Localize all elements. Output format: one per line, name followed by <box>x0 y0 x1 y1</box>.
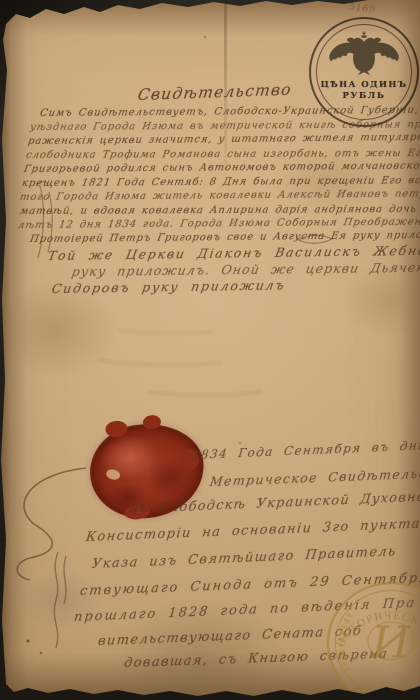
wax-seal-bump <box>105 420 129 438</box>
aged-paper-sheet: 5169 ЦѢНА ОДИНЪ РУБЛЬ Свидѣтельство Симъ… <box>0 0 420 700</box>
archive-page-number: 5169 <box>348 2 376 15</box>
body-line: матвѣй, и вдовая ковалевка Аплирина дарі… <box>19 203 420 217</box>
resolution-line: 1834 Года Сентября въ днѣ Сіе <box>191 437 420 463</box>
body-line: лѣтъ 12 дня 1834 года. Города Изюма Собо… <box>17 216 420 231</box>
body-line: уѣзднаго Города Изюма въ метрической кни… <box>29 119 420 133</box>
stamp-price-line1: ЦѢНА ОДИНЪ <box>309 80 419 90</box>
signature-line: Сидоровъ руку приложилъ <box>51 277 287 296</box>
document-title: Свидѣтельство <box>137 81 293 104</box>
double-headed-eagle-icon <box>323 30 405 80</box>
document-photo: 5169 ЦѢНА ОДИНЪ РУБЛЬ Свидѣтельство Симъ… <box>0 0 420 700</box>
body-line: того Города Изюма житель ковалевки Алекс… <box>19 188 420 203</box>
stamp-price-line2: РУБЛЬ <box>309 91 419 101</box>
wax-seal-bump <box>142 414 161 430</box>
body-line: крещенъ 1821 Года Сентяб: 8 Дня была при… <box>21 175 420 189</box>
resolution-line: Консисторіи на основаніи 3го пункта <box>85 517 420 546</box>
resolution-line: Указа изъ Святѣйшаго Правитель <box>91 544 397 572</box>
body-line: раженскія церкви значится, у штатнаго жи… <box>27 132 420 147</box>
paraph-flourish <box>17 468 86 580</box>
wax-seal-pit <box>105 468 121 481</box>
margin-mark <box>54 552 66 648</box>
body-line: слободника Трофима Романова сына изгорба… <box>25 148 420 161</box>
archive-watermark: ИСТОРИЧЕСКІЙ ДОКУМЕНТЪ И <box>296 580 420 700</box>
body-line: Григорьевой родился сынъ Автономовъ кото… <box>23 160 420 175</box>
ink-showthrough <box>100 330 260 395</box>
watermark-monogram: И <box>371 618 412 669</box>
resolution-line: Метрическое Свидѣтельство <box>209 464 420 489</box>
